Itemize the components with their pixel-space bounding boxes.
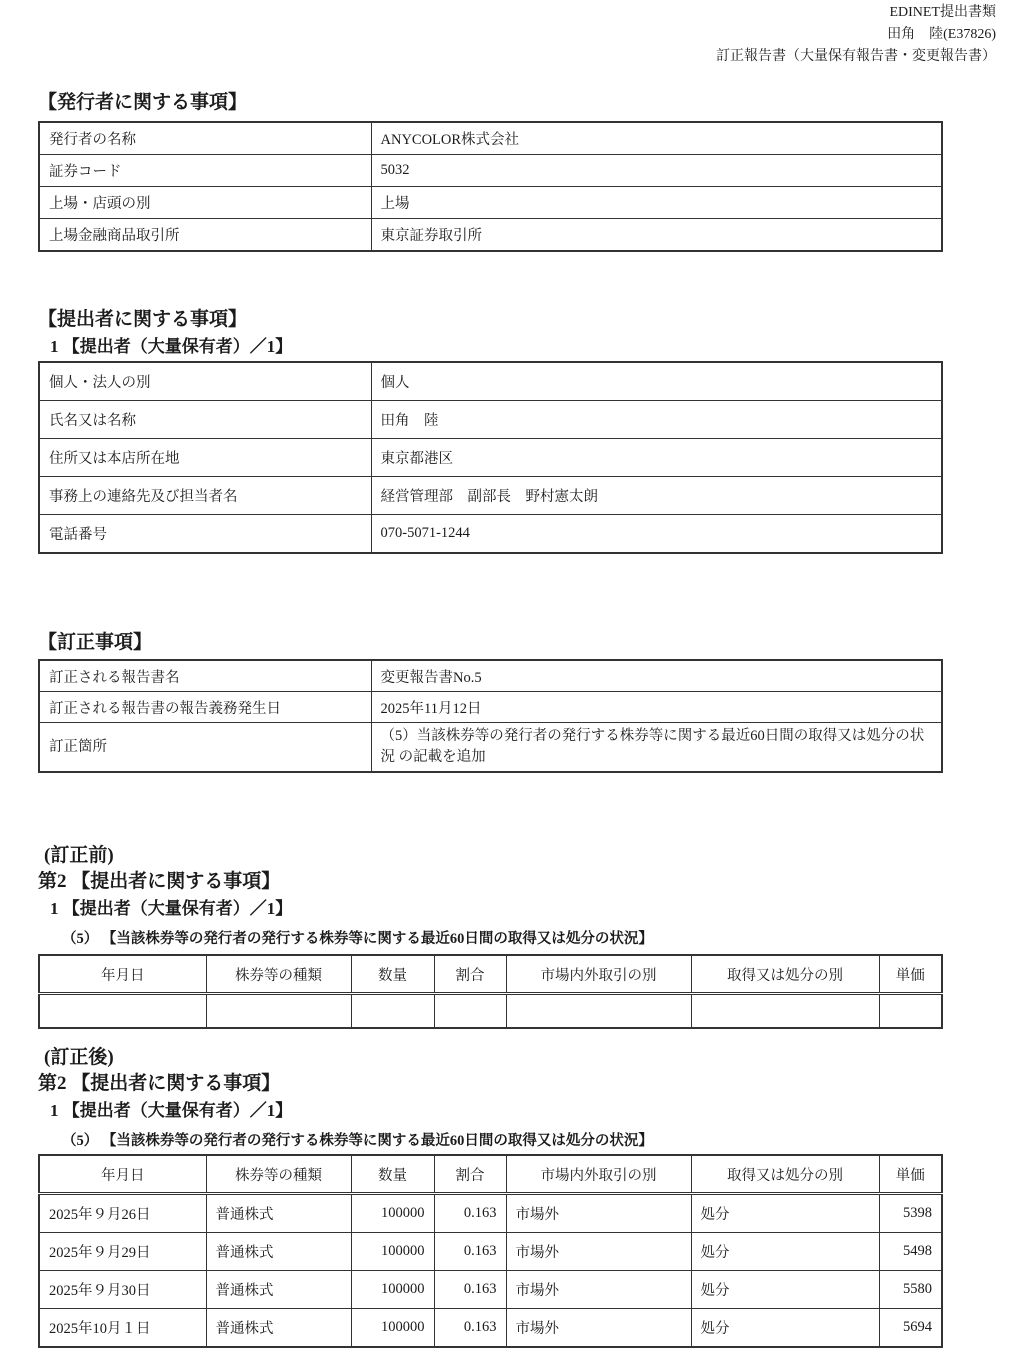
row-label: 訂正される報告書名 [39,660,371,692]
row-value: 個人 [371,362,942,401]
row-label: 個人・法人の別 [39,362,371,401]
cell-action [691,994,879,1029]
cell-kind: 普通株式 [206,1309,351,1348]
header-report-title: 訂正報告書（大量保有報告書・変更報告書） [716,46,996,68]
amendment-table: 訂正される報告書名 変更報告書No.5 訂正される報告書の報告義務発生日 202… [38,659,943,773]
cell-ratio: 0.163 [434,1271,506,1309]
row-value: 変更報告書No.5 [371,660,942,692]
cell-kind [206,994,351,1029]
filer-section-title: 【提出者に関する事項】 [38,307,941,333]
table-row: 2025年10月１日 普通株式 100000 0.163 市場外 処分 5694 [39,1309,942,1348]
cell-market: 市場外 [506,1271,691,1309]
cell-kind: 普通株式 [206,1271,351,1309]
table-row: 電話番号 070-5071-1244 [39,515,942,554]
table-row: 発行者の名称 ANYCOLOR株式会社 [39,122,942,155]
cell-qty: 100000 [351,1233,434,1271]
row-label: 証券コード [39,155,371,187]
column-header-date: 年月日 [39,1155,206,1194]
cell-kind: 普通株式 [206,1194,351,1233]
table-row: 2025年９月30日 普通株式 100000 0.163 市場外 処分 5580 [39,1271,942,1309]
row-label: 電話番号 [39,515,371,554]
table-row: 上場金融商品取引所 東京証券取引所 [39,219,942,252]
cell-date: 2025年９月30日 [39,1271,206,1309]
document-page: EDINET提出書類 田角 陸(E37826) 訂正報告書（大量保有報告書・変更… [0,0,1013,1366]
table-row [39,994,942,1029]
row-label: 訂正箇所 [39,723,371,773]
table-row: 訂正箇所 （5）当該株券等の発行者の発行する株券等に関する最近60日間の取得又は… [39,723,942,773]
after-subsection-title: （5） 【当該株券等の発行者の発行する株券等に関する最近60日間の取得又は処分の… [62,1131,941,1151]
row-label: 訂正される報告書の報告義務発生日 [39,692,371,723]
table-row: 2025年９月29日 普通株式 100000 0.163 市場外 処分 5498 [39,1233,942,1271]
row-value: ANYCOLOR株式会社 [371,122,942,155]
cell-price [879,994,942,1029]
cell-price: 5398 [879,1194,942,1233]
cell-ratio [434,994,506,1029]
table-row: 個人・法人の別 個人 [39,362,942,401]
cell-price: 5694 [879,1309,942,1348]
row-value: 2025年11月12日 [371,692,942,723]
cell-date: 2025年９月26日 [39,1194,206,1233]
after-section-title: 1 【提出者（大量保有者）／1】 [50,1099,941,1123]
filer-table: 個人・法人の別 個人 氏名又は名称 田角 陸 住所又は本店所在地 東京都港区 事… [38,361,943,554]
cell-date: 2025年10月１日 [39,1309,206,1348]
column-header-action: 取得又は処分の別 [691,955,879,994]
column-header-qty: 数量 [351,955,434,994]
table-header-row: 年月日 株券等の種類 数量 割合 市場内外取引の別 取得又は処分の別 単価 [39,955,942,994]
cell-qty: 100000 [351,1271,434,1309]
table-row: 上場・店頭の別 上場 [39,187,942,219]
column-header-price: 単価 [879,1155,942,1194]
row-label: 上場金融商品取引所 [39,219,371,252]
cell-market: 市場外 [506,1233,691,1271]
before-transactions-table: 年月日 株券等の種類 数量 割合 市場内外取引の別 取得又は処分の別 単価 [38,954,943,1029]
column-header-kind: 株券等の種類 [206,955,351,994]
cell-qty: 100000 [351,1194,434,1233]
table-header-row: 年月日 株券等の種類 数量 割合 市場内外取引の別 取得又は処分の別 単価 [39,1155,942,1194]
cell-ratio: 0.163 [434,1309,506,1348]
cell-action: 処分 [691,1309,879,1348]
row-value: 070-5071-1244 [371,515,942,554]
cell-ratio: 0.163 [434,1233,506,1271]
table-row: 住所又は本店所在地 東京都港区 [39,439,942,477]
header-doc-type: EDINET提出書類 [716,2,996,24]
cell-price: 5580 [879,1271,942,1309]
cell-action: 処分 [691,1194,879,1233]
column-header-market: 市場内外取引の別 [506,1155,691,1194]
row-value: 田角 陸 [371,401,942,439]
table-row: 訂正される報告書の報告義務発生日 2025年11月12日 [39,692,942,723]
issuer-table: 発行者の名称 ANYCOLOR株式会社 証券コード 5032 上場・店頭の別 上… [38,121,943,252]
before-subsection-title: （5） 【当該株券等の発行者の発行する株券等に関する最近60日間の取得又は処分の… [62,929,941,949]
amendment-section-title: 【訂正事項】 [38,630,941,656]
header-filer-name: 田角 陸(E37826) [716,24,996,46]
column-header-market: 市場内外取引の別 [506,955,691,994]
issuer-section-title: 【発行者に関する事項】 [38,90,941,116]
filer-section-subtitle: 1 【提出者（大量保有者）／1】 [50,335,941,359]
row-value: 東京都港区 [371,439,942,477]
row-label: 上場・店頭の別 [39,187,371,219]
column-header-ratio: 割合 [434,955,506,994]
row-label: 発行者の名称 [39,122,371,155]
row-value: （5）当該株券等の発行者の発行する株券等に関する最近60日間の取得又は処分の状況… [371,723,942,773]
table-row: 2025年９月26日 普通株式 100000 0.163 市場外 処分 5398 [39,1194,942,1233]
cell-market: 市場外 [506,1309,691,1348]
column-header-ratio: 割合 [434,1155,506,1194]
cell-price: 5498 [879,1233,942,1271]
table-row: 事務上の連絡先及び担当者名 経営管理部 副部長 野村憲太朗 [39,477,942,515]
cell-market: 市場外 [506,1194,691,1233]
column-header-price: 単価 [879,955,942,994]
table-row: 証券コード 5032 [39,155,942,187]
row-value: 5032 [371,155,942,187]
cell-ratio: 0.163 [434,1194,506,1233]
row-value: 経営管理部 副部長 野村憲太朗 [371,477,942,515]
before-correction-marker: (訂正前) [44,843,941,869]
column-header-qty: 数量 [351,1155,434,1194]
cell-qty: 100000 [351,1309,434,1348]
cell-date: 2025年９月29日 [39,1233,206,1271]
row-label: 住所又は本店所在地 [39,439,371,477]
cell-action: 処分 [691,1271,879,1309]
column-header-date: 年月日 [39,955,206,994]
row-label: 事務上の連絡先及び担当者名 [39,477,371,515]
before-chapter-title: 第2 【提出者に関する事項】 [38,869,941,895]
table-row: 氏名又は名称 田角 陸 [39,401,942,439]
cell-action: 処分 [691,1233,879,1271]
document-content: 【発行者に関する事項】 発行者の名称 ANYCOLOR株式会社 証券コード 50… [38,90,941,1348]
cell-qty [351,994,434,1029]
column-header-action: 取得又は処分の別 [691,1155,879,1194]
cell-date [39,994,206,1029]
after-correction-marker: (訂正後) [44,1045,941,1071]
row-value: 東京証券取引所 [371,219,942,252]
column-header-kind: 株券等の種類 [206,1155,351,1194]
document-header: EDINET提出書類 田角 陸(E37826) 訂正報告書（大量保有報告書・変更… [716,2,996,68]
row-label: 氏名又は名称 [39,401,371,439]
table-row: 訂正される報告書名 変更報告書No.5 [39,660,942,692]
cell-market [506,994,691,1029]
before-section-title: 1 【提出者（大量保有者）／1】 [50,897,941,921]
after-transactions-table: 年月日 株券等の種類 数量 割合 市場内外取引の別 取得又は処分の別 単価 20… [38,1154,943,1348]
after-chapter-title: 第2 【提出者に関する事項】 [38,1071,941,1097]
cell-kind: 普通株式 [206,1233,351,1271]
row-value: 上場 [371,187,942,219]
